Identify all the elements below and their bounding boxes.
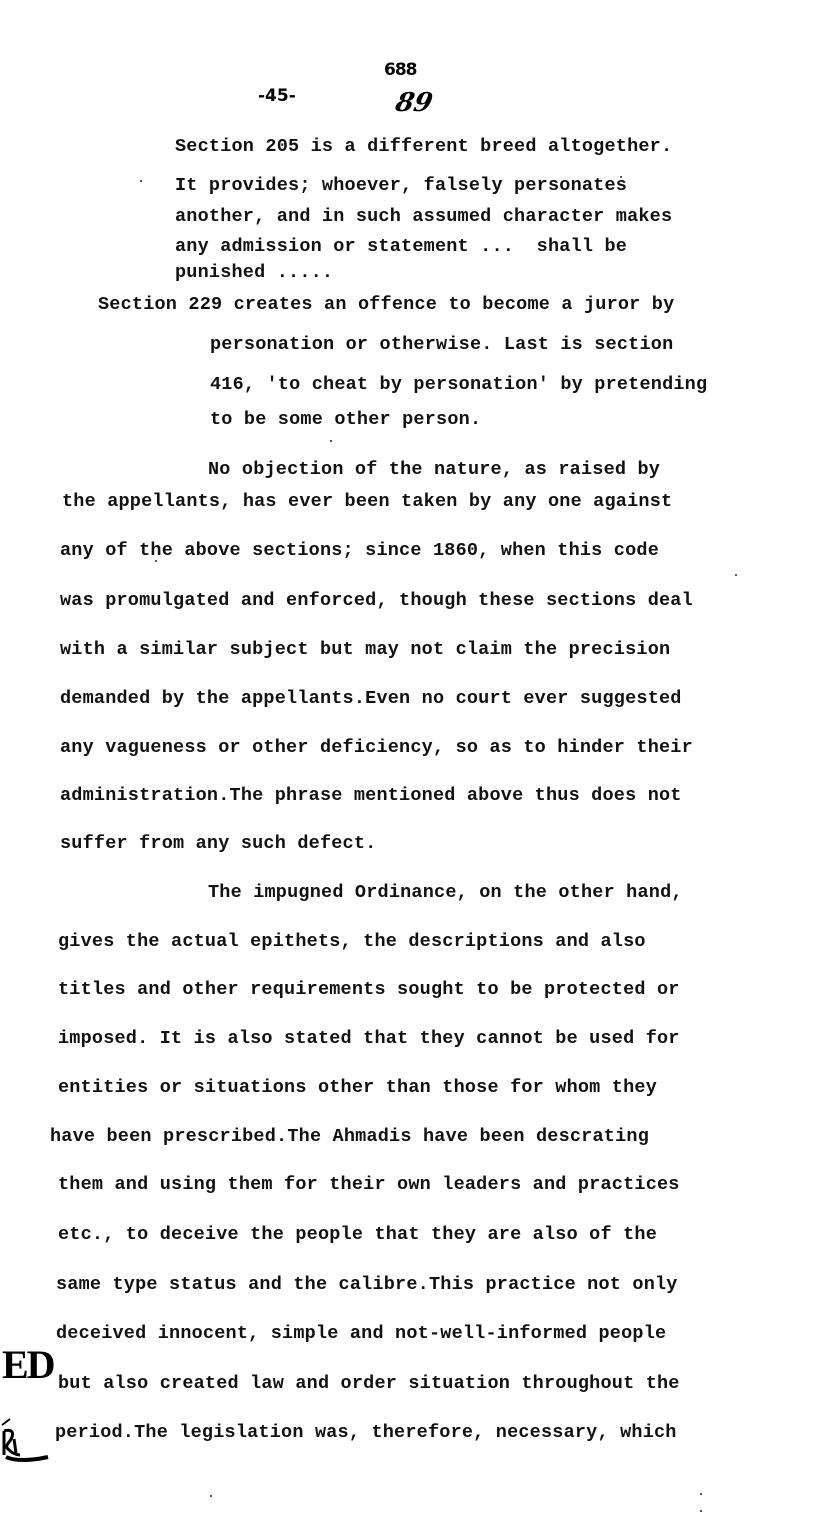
text-line: gives the actual epithets, the descripti… — [58, 931, 646, 953]
text-line: administration.The phrase mentioned abov… — [60, 785, 682, 807]
text-line: Section 205 is a different breed altoget… — [175, 136, 672, 158]
text-line: No objection of the nature, as raised by — [208, 459, 660, 481]
text-line: punished ..... — [175, 262, 333, 284]
handwritten-mark: 89 — [393, 88, 436, 118]
scan-speck — [700, 1493, 702, 1495]
text-line: suffer from any such defect. — [60, 833, 376, 855]
text-line: them and using them for their own leader… — [58, 1174, 680, 1196]
scan-speck — [140, 180, 142, 182]
signature-mark — [0, 1415, 52, 1463]
scan-speck — [155, 560, 157, 562]
text-line: but also created law and order situation… — [58, 1373, 680, 1395]
scan-speck — [330, 440, 332, 442]
text-line: titles and other requirements sought to … — [58, 979, 680, 1001]
text-line: the appellants, has ever been taken by a… — [62, 491, 672, 513]
text-line: It provides; whoever, falsely personates — [175, 175, 627, 197]
text-line: deceived innocent, simple and not-well-i… — [56, 1323, 666, 1345]
text-line: entities or situations other than those … — [58, 1077, 657, 1099]
text-line: demanded by the appellants.Even no court… — [60, 688, 682, 710]
text-line: to be some other person. — [210, 409, 481, 431]
text-line: another, and in such assumed character m… — [175, 206, 672, 228]
text-line: The impugned Ordinance, on the other han… — [208, 882, 683, 904]
text-line: any admission or statement ... shall be — [175, 236, 627, 258]
text-line: Section 229 creates an offence to become… — [98, 294, 674, 316]
scan-speck — [735, 574, 737, 576]
text-line: with a similar subject but may not claim… — [60, 639, 670, 661]
text-line: period.The legislation was, therefore, n… — [55, 1422, 677, 1444]
folio-number: -45- — [258, 86, 296, 106]
text-line: any vagueness or other deficiency, so as… — [60, 737, 693, 759]
stamp-fragment: ED — [2, 1345, 54, 1385]
text-line: imposed. It is also stated that they can… — [58, 1028, 680, 1050]
text-line: was promulgated and enforced, though the… — [60, 590, 693, 612]
text-line: 416, 'to cheat by personation' by preten… — [210, 374, 707, 396]
scan-speck — [700, 1510, 702, 1512]
scan-speck — [620, 176, 622, 178]
text-line: any of the above sections; since 1860, w… — [60, 540, 659, 562]
text-line: etc., to deceive the people that they ar… — [58, 1224, 657, 1246]
page-number: 688 — [384, 60, 417, 80]
text-line: same type status and the calibre.This pr… — [56, 1274, 678, 1296]
text-line: personation or otherwise. Last is sectio… — [210, 334, 673, 356]
scan-speck — [210, 1495, 212, 1497]
document-page: 688 -45- 89 Section 205 is a different b… — [0, 0, 840, 1540]
text-line: have been prescribed.The Ahmadis have be… — [50, 1126, 649, 1148]
